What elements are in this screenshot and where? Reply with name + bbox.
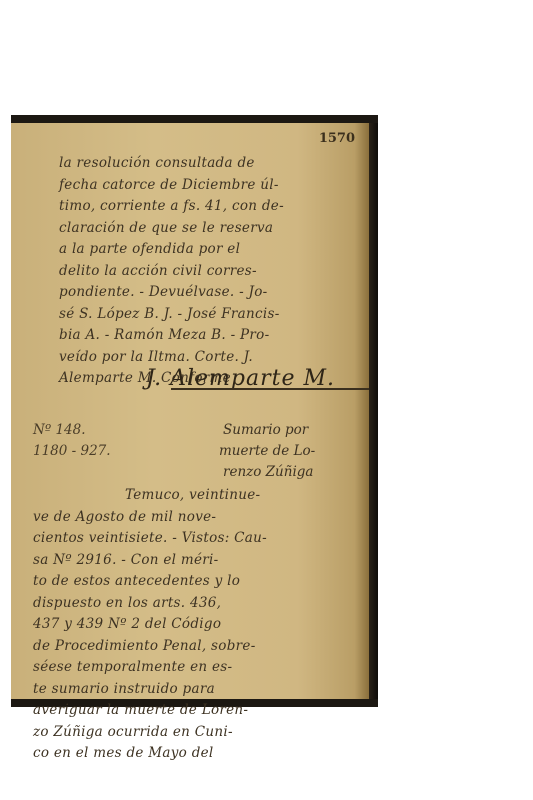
case-title-line: renzo Zúñiga bbox=[223, 462, 315, 483]
text-line: cientos veintisiete. - Vistos: Cau- bbox=[33, 528, 363, 550]
text-line: sé S. López B. J. - José Francis- bbox=[59, 304, 359, 326]
case-body: Temuco, veintinue- ve de Agosto de mil n… bbox=[33, 485, 363, 765]
text-line: timo, corriente a fs. 41, con de- bbox=[59, 196, 359, 218]
case-title: Sumario por muerte de Lo- renzo Zúñiga bbox=[223, 420, 315, 483]
text-line: séese temporalmente en es- bbox=[33, 657, 363, 679]
text-line: to de estos antecedentes y lo bbox=[33, 571, 363, 593]
text-line: pondiente. - Devuélvase. - Jo- bbox=[59, 282, 359, 304]
text-line: veído por la Iltma. Corte. J. bbox=[59, 347, 359, 369]
text-line: delito la acción civil corres- bbox=[59, 261, 359, 283]
text-line: zo Zúñiga ocurrida en Cuni- bbox=[33, 722, 363, 744]
text-line: bia A. - Ramón Meza B. - Pro- bbox=[59, 325, 359, 347]
text-line: Temuco, veintinue- bbox=[33, 485, 363, 507]
text-line: la resolución consultada de bbox=[59, 153, 359, 175]
book-binding-edge bbox=[369, 123, 378, 699]
case-title-line: muerte de Lo- bbox=[219, 441, 315, 462]
case-number: Nº 148. bbox=[33, 420, 111, 441]
text-line: a la parte ofendida por el bbox=[59, 239, 359, 261]
text-line: de Procedimiento Penal, sobre- bbox=[33, 636, 363, 658]
signature-underline bbox=[171, 388, 371, 390]
page-number: 1570 bbox=[319, 131, 355, 146]
case-reference: 1180 - 927. bbox=[33, 441, 111, 462]
text-line: sa Nº 2916. - Con el méri- bbox=[33, 550, 363, 572]
text-line: co en el mes de Mayo del bbox=[33, 743, 363, 765]
text-line: dispuesto en los arts. 436, bbox=[33, 593, 363, 615]
text-line: fecha catorce de Diciembre úl- bbox=[59, 175, 359, 197]
case-number-note: Nº 148. 1180 - 927. bbox=[33, 420, 111, 462]
text-line: averiguar la muerte de Loren- bbox=[33, 700, 363, 722]
text-line: ve de Agosto de mil nove- bbox=[33, 507, 363, 529]
scanned-ledger-page: 1570 la resolución consultada de fecha c… bbox=[11, 115, 378, 707]
text-line: 437 y 439 Nº 2 del Código bbox=[33, 614, 363, 636]
text-line: te sumario instruido para bbox=[33, 679, 363, 701]
case-title-line: Sumario por bbox=[223, 420, 315, 441]
text-line: claración de que se le reserva bbox=[59, 218, 359, 240]
resolution-paragraph: la resolución consultada de fecha catorc… bbox=[59, 153, 359, 390]
paper-page: 1570 la resolución consultada de fecha c… bbox=[11, 123, 369, 699]
